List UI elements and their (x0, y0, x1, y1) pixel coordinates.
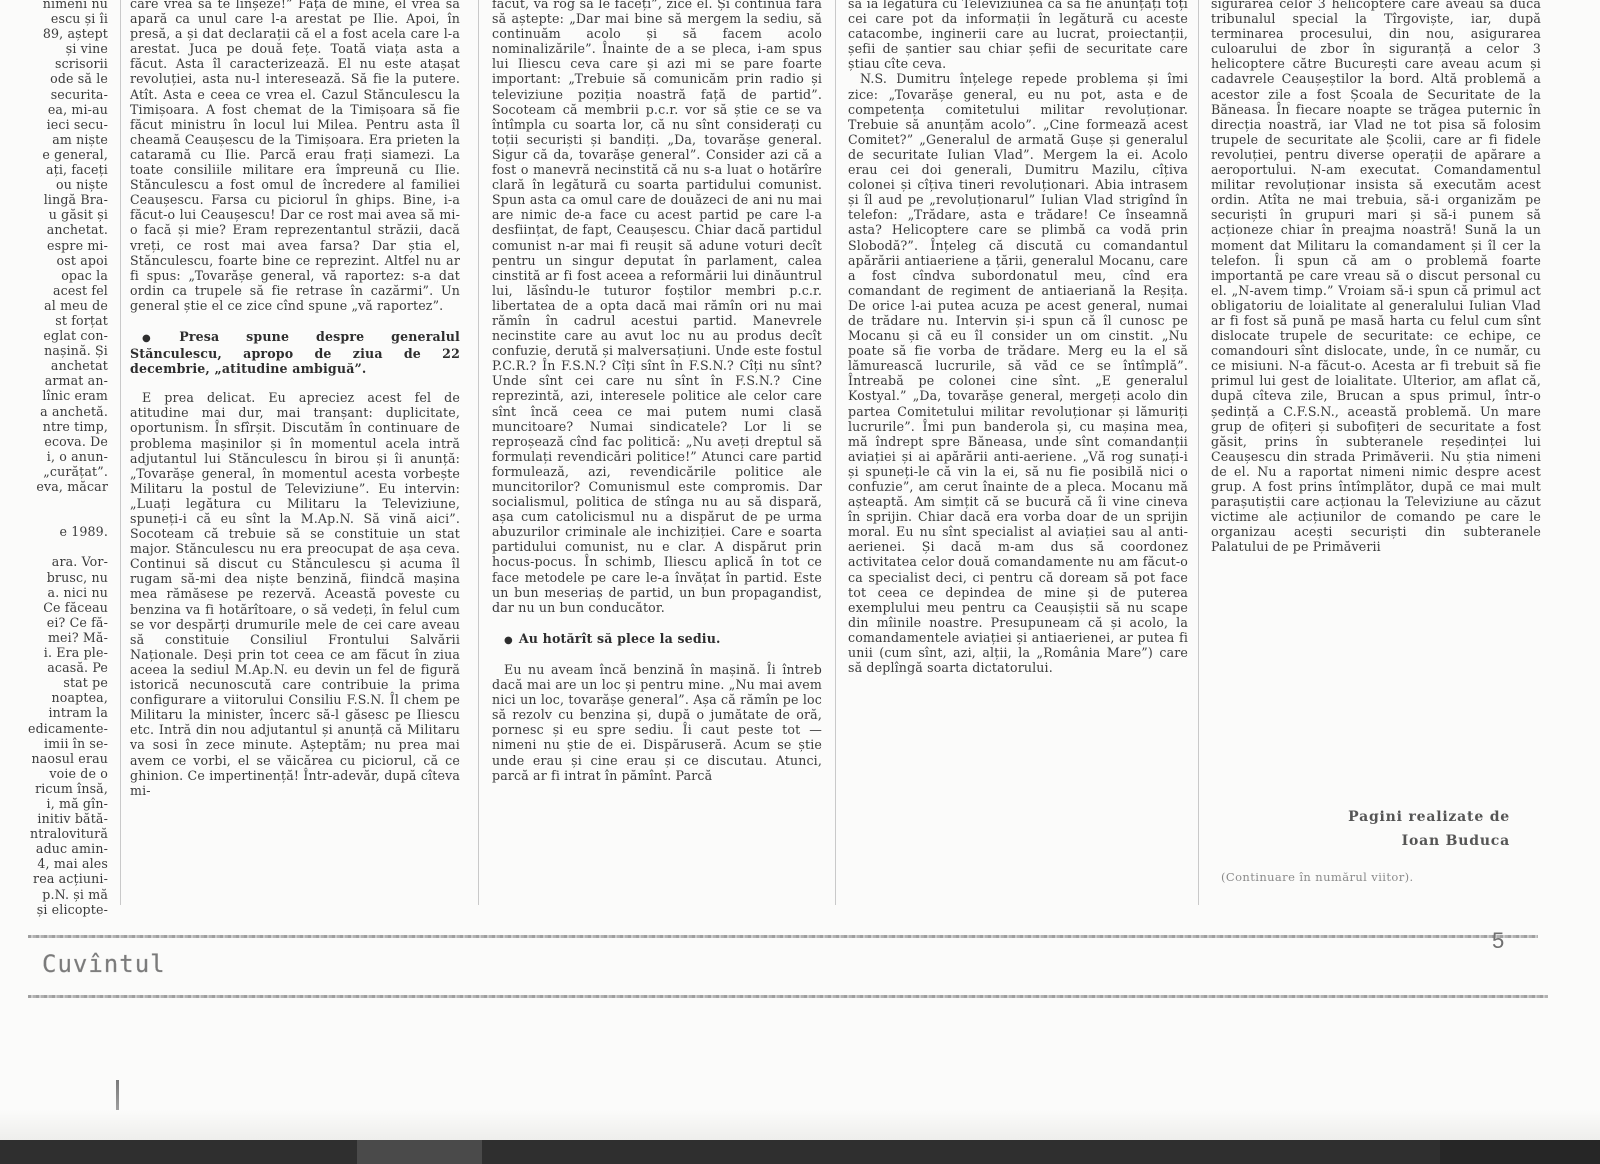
column-divider (120, 0, 121, 905)
newspaper-masthead: Cuvîntul (42, 950, 166, 978)
column-2: care vrea să te linșeze!” Față de mine, … (130, 0, 460, 798)
article-paragraph: făcut, vă rog să le faceți”, zice el. Și… (492, 0, 822, 615)
column-1-line-fragment: 89, aștept (0, 26, 108, 41)
column-1-line-fragment: noaptea, (0, 690, 108, 705)
section-heading: ●Au hotărît să plece la sediu. (492, 631, 822, 648)
article-paragraph: care vrea să te linșeze!” Față de mine, … (130, 0, 460, 313)
footer-rule-bottom (28, 995, 1548, 998)
footer-rule-top (28, 935, 1538, 938)
column-divider (835, 0, 836, 905)
column-1-line-fragment (0, 494, 108, 509)
column-1-line-fragment: i, mă gîn- (0, 796, 108, 811)
credit-line: Pagini realizate de (1330, 805, 1510, 829)
scanner-edge-shadow (1440, 1140, 1600, 1164)
column-1-line-fragment: ost apoi (0, 253, 108, 268)
column-divider (478, 0, 479, 905)
column-5: sigurarea celor 3 helicoptere care aveau… (1211, 0, 1541, 554)
column-1-line-fragment: ode să le (0, 71, 108, 86)
column-1-line-fragment: nimeni nu (0, 0, 108, 11)
column-1-line-fragment: 4, mai ales (0, 856, 108, 871)
column-1-line-fragment: ara. Vor- (0, 554, 108, 569)
article-paragraph: N.S. Dumitru înțelege repede problema și… (848, 71, 1188, 675)
column-1-line-fragment: naosul erau (0, 751, 108, 766)
continuation-note: (Continuare în numărul viitor). (1221, 870, 1414, 884)
column-divider (1198, 0, 1199, 905)
column-1-line-fragment: lingă Bra- (0, 192, 108, 207)
article-paragraph: să ia legătura cu Televiziunea ca să fie… (848, 0, 1188, 71)
column-1-line-fragment: mei? Mă- (0, 630, 108, 645)
column-1-line-fragment: lînic eram (0, 388, 108, 403)
section-heading-text: Au hotărît să plece la sediu. (519, 631, 721, 646)
column-1-line-fragment: ea, mi-au (0, 102, 108, 117)
newspaper-page: nimeni nuescu și îi89, așteptși vinescri… (0, 0, 1600, 1140)
column-1-line-fragment: i, o anun- (0, 449, 108, 464)
section-heading-text: Presa spune despre generalul Stănculescu… (130, 329, 460, 376)
author-name: Ioan Buduca (1330, 829, 1510, 853)
column-1-line-fragment: e general, (0, 147, 108, 162)
column-1-line-fragment (0, 539, 108, 554)
column-1-line-fragment: securita- (0, 87, 108, 102)
column-1-line-fragment: și vine (0, 41, 108, 56)
column-1-line-fragment: voie de o (0, 766, 108, 781)
column-1-line-fragment: anchetat. (0, 222, 108, 237)
article-paragraph: E prea delicat. Eu apreciez acest fel de… (130, 390, 460, 798)
column-1-line-fragment: ei? Ce fă- (0, 615, 108, 630)
column-1-line-fragment: ou niște (0, 177, 108, 192)
author-credit: Pagini realizate de Ioan Buduca (1330, 805, 1510, 853)
column-1-line-fragment: acasă. Pe (0, 660, 108, 675)
column-1-line-fragment: initiv bătă- (0, 811, 108, 826)
column-1-line-fragment: și elicopte- (0, 902, 108, 917)
column-1-line-fragment: eglat con- (0, 328, 108, 343)
column-1-line-fragment: anchetat (0, 358, 108, 373)
column-1-line-fragment: edicamente- (0, 721, 108, 736)
column-1-line-fragment: „curățat”. (0, 464, 108, 479)
column-1-line-fragment: p.N. și mă (0, 887, 108, 902)
column-1-line-fragment: aduc amin- (0, 841, 108, 856)
section-heading: ●Presa spune despre generalul Stănculesc… (130, 329, 460, 376)
column-1-line-fragment: ați, faceți (0, 162, 108, 177)
column-1-line-fragment: acest fel (0, 283, 108, 298)
column-1-line-fragment: ntre timp, (0, 419, 108, 434)
column-1-line-fragment: intram la (0, 705, 108, 720)
scanner-edge (0, 1140, 1600, 1164)
column-1-cropped: nimeni nuescu și îi89, așteptși vinescri… (0, 0, 108, 917)
column-1-line-fragment: rea acțiuni- (0, 871, 108, 886)
column-1-line-fragment: am niște (0, 132, 108, 147)
column-1-line-fragment: ecova. De (0, 434, 108, 449)
column-3: făcut, vă rog să le faceți”, zice el. Și… (492, 0, 822, 783)
column-4: să ia legătura cu Televiziunea ca să fie… (848, 0, 1188, 675)
column-1-line-fragment: opac la (0, 268, 108, 283)
column-1-line-fragment: stat pe (0, 675, 108, 690)
article-paragraph: Eu nu aveam încă benzină în mașină. Îi î… (492, 662, 822, 783)
bullet-icon: ● (142, 333, 173, 344)
column-1-line-fragment: escu și îi (0, 11, 108, 26)
column-1-line-fragment: brusc, nu (0, 570, 108, 585)
page-number: 5 (1492, 928, 1504, 954)
bullet-icon: ● (504, 635, 513, 646)
scanner-edge-highlight (357, 1140, 482, 1164)
column-1-line-fragment: a anchetă. (0, 404, 108, 419)
column-1-line-fragment: al meu de (0, 298, 108, 313)
column-1-line-fragment: nașină. Și (0, 343, 108, 358)
column-1-line-fragment: ieci secu- (0, 117, 108, 132)
column-1-line-fragment: e 1989. (0, 524, 108, 539)
article-paragraph: sigurarea celor 3 helicoptere care aveau… (1211, 0, 1541, 554)
column-1-line-fragment: imii în se- (0, 736, 108, 751)
column-1-line-fragment: espre mi- (0, 238, 108, 253)
column-1-line-fragment: u găsit și (0, 207, 108, 222)
column-1-line-fragment: st forțat (0, 313, 108, 328)
column-1-line-fragment: scrisorii (0, 56, 108, 71)
column-1-line-fragment: Ce făceau (0, 600, 108, 615)
column-1-line-fragment: ricum însă, (0, 781, 108, 796)
column-1-line-fragment: armat an- (0, 373, 108, 388)
column-1-line-fragment (0, 509, 108, 524)
scan-shadow (0, 1110, 1600, 1140)
column-1-line-fragment: eva, măcar (0, 479, 108, 494)
column-1-line-fragment: a. nici nu (0, 585, 108, 600)
column-1-line-fragment: ntralovitură (0, 826, 108, 841)
column-1-line-fragment: i. Era ple- (0, 645, 108, 660)
